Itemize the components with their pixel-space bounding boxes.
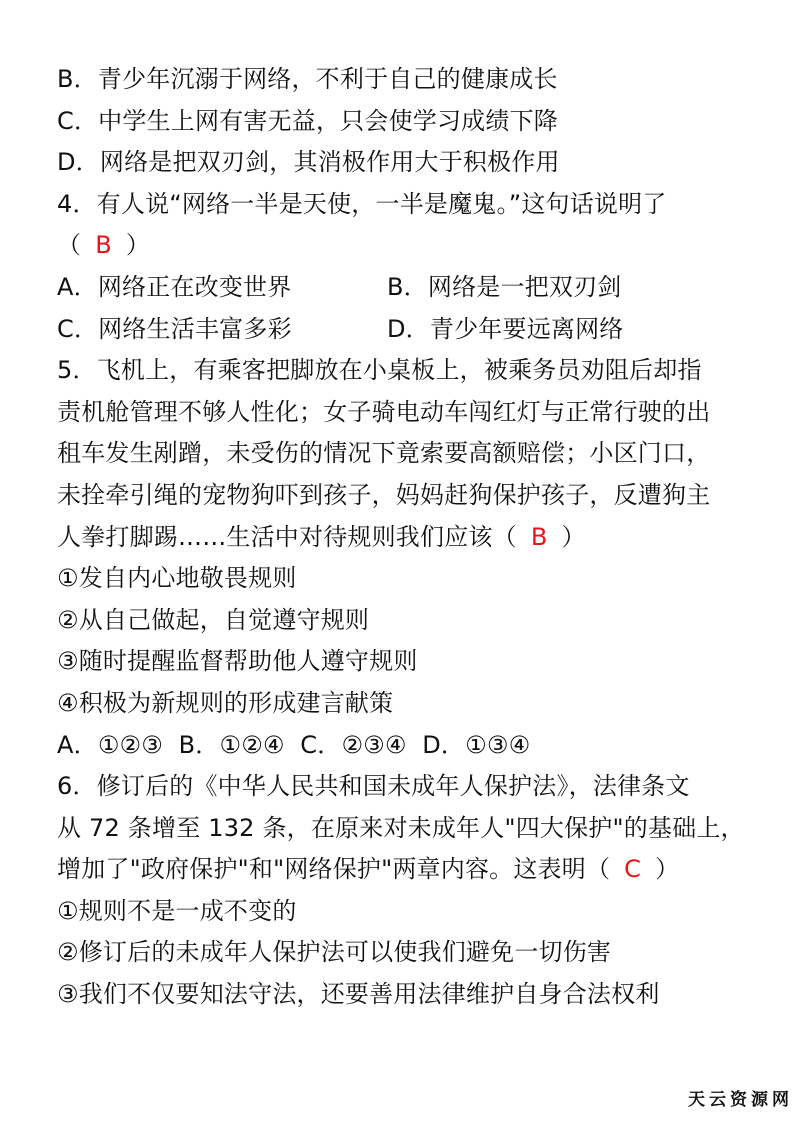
q5-stem-line-4: 未拴牵引绳的宠物狗吓到孩子，妈妈赶狗保护孩子，反遭狗主 (57, 475, 757, 517)
q5-choices: A．①②③ B．①②④ C．②③④ D．①③④ (57, 725, 757, 767)
paren-close: ） (126, 225, 150, 267)
watermark-logo: 天云资源网 (688, 1085, 793, 1110)
q4-answer-line: （B） (57, 225, 757, 267)
option-label: B． (387, 273, 428, 301)
q3-option-c: C．中学生上网有害无益，只会使学习成绩下降 (57, 101, 757, 143)
q5-statement-1: ①发自内心地敬畏规则 (57, 558, 757, 600)
q5-stem-line-3: 租车发生剐蹭，未受伤的情况下竟索要高额赔偿；小区门口， (57, 433, 757, 475)
q4-options-row-2: C．网络生活丰富多彩 D．青少年要远离网络 (57, 309, 757, 351)
q5-statement-4: ④积极为新规则的形成建言献策 (57, 683, 757, 725)
option-text: 网络是把双刃剑，其消极作用大于积极作用 (100, 148, 560, 176)
q5-stem-last: 人拳打脚踢……生活中对待规则我们应该 (57, 523, 493, 551)
q5-statement-2: ②从自己做起，自觉遵守规则 (57, 600, 757, 642)
q5-statement-3: ③随时提醒监督帮助他人遵守规则 (57, 641, 757, 683)
paren-close: ） (561, 517, 585, 559)
q6-statement-2: ②修订后的未成年人保护法可以使我们避免一切伤害 (57, 932, 757, 974)
q5-stem-line-2: 责机舱管理不够人性化；女子骑电动车闯红灯与正常行驶的出 (57, 392, 757, 434)
option-label: D． (387, 315, 430, 343)
paren-open: （ (57, 225, 81, 267)
paren-open: （ (493, 517, 517, 559)
q5-stem-line-5: 人拳打脚踢……生活中对待规则我们应该（B） (57, 517, 757, 559)
q3-option-d: D．网络是把双刃剑，其消极作用大于积极作用 (57, 142, 757, 184)
q6-stem-last: 增加了"政府保护"和"网络保护"两章内容。这表明 (57, 855, 586, 883)
q4-option-a: A．网络正在改变世界 (57, 267, 387, 309)
q5-answer: B (531, 517, 548, 559)
q6-stem-line-2: 从 72 条增至 132 条，在原来对未成年人"四大保护"的基础上， (57, 808, 757, 850)
q4-answer: B (95, 225, 112, 267)
option-label: C． (57, 315, 98, 343)
option-text: 网络生活丰富多彩 (98, 315, 292, 343)
q4-options-row-1: A．网络正在改变世界 B．网络是一把双刃剑 (57, 267, 757, 309)
option-text: 青少年要远离网络 (430, 315, 624, 343)
q4-stem: 4．有人说“网络一半是天使，一半是魔鬼。”这句话说明了 (57, 184, 757, 226)
q6-stem-line-1: 6．修订后的《中华人民共和国未成年人保护法》，法律条文 (57, 766, 757, 808)
q4-option-c: C．网络生活丰富多彩 (57, 309, 387, 351)
option-label: C． (57, 107, 98, 135)
paren-close: ） (655, 849, 679, 891)
option-text: 青少年沉溺于网络，不利于自己的健康成长 (98, 65, 558, 93)
q6-answer: C (624, 849, 641, 891)
q6-statement-3: ③我们不仅要知法守法，还要善用法律维护自身合法权利 (57, 974, 757, 1016)
option-text: 网络是一把双刃剑 (428, 273, 622, 301)
paren-open: （ (586, 849, 610, 891)
q5-stem-line-1: 5．飞机上，有乘客把脚放在小桌板上，被乘务员劝阻后却指 (57, 350, 757, 392)
option-text: 中学生上网有害无益，只会使学习成绩下降 (98, 107, 558, 135)
q4-option-d: D．青少年要远离网络 (387, 309, 717, 351)
option-text: 网络正在改变世界 (98, 273, 292, 301)
q4-option-b: B．网络是一把双刃剑 (387, 267, 717, 309)
q3-option-b: B．青少年沉溺于网络，不利于自己的健康成长 (57, 59, 757, 101)
q6-stem-line-3: 增加了"政府保护"和"网络保护"两章内容。这表明（C） (57, 849, 757, 891)
option-label: A． (57, 273, 98, 301)
option-label: D． (57, 148, 100, 176)
option-label: B． (57, 65, 98, 93)
document-page: B．青少年沉溺于网络，不利于自己的健康成长 C．中学生上网有害无益，只会使学习成… (57, 59, 757, 1016)
q6-statement-1: ①规则不是一成不变的 (57, 891, 757, 933)
